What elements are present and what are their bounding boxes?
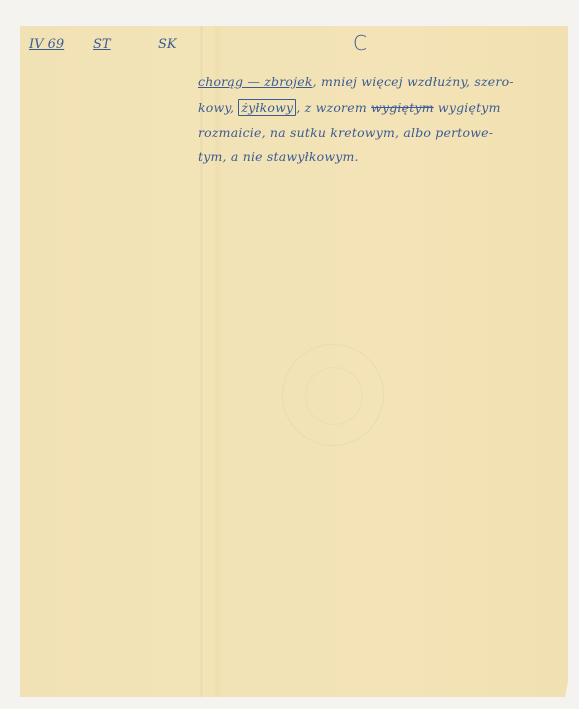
line-2-start: kowy, xyxy=(198,100,238,115)
initials-st: ST xyxy=(93,37,111,52)
text-line-2: kowy, żyłkowy, z wzorem wygiętym wygięty… xyxy=(198,100,501,115)
text-line-1: chorąg — zbrojek, mniej więcej wzdłużny,… xyxy=(198,74,514,89)
text-line-3: rozmaicie, na sutku kretowym, albo perto… xyxy=(198,125,493,140)
line-2-middle: , z wzorem xyxy=(296,100,371,115)
faint-circular-stamp xyxy=(282,344,384,446)
paper-sheet: IV 69 ST SK C chorąg — zbrojek, mniej wi… xyxy=(20,26,568,697)
headword: chorąg — zbrojek xyxy=(198,74,313,89)
struck-out-word: wygiętym xyxy=(371,100,434,115)
initials-sk: SK xyxy=(158,37,177,52)
text-line-4: tym, a nie stawyłkowym. xyxy=(198,149,359,164)
section-letter: C xyxy=(353,31,367,55)
boxed-word: żyłkowy xyxy=(238,99,296,116)
line-1-rest: , mniej więcej wzdłużny, szero- xyxy=(313,74,514,89)
line-2-end: wygiętym xyxy=(434,100,501,115)
reference-id: IV 69 xyxy=(29,37,64,52)
